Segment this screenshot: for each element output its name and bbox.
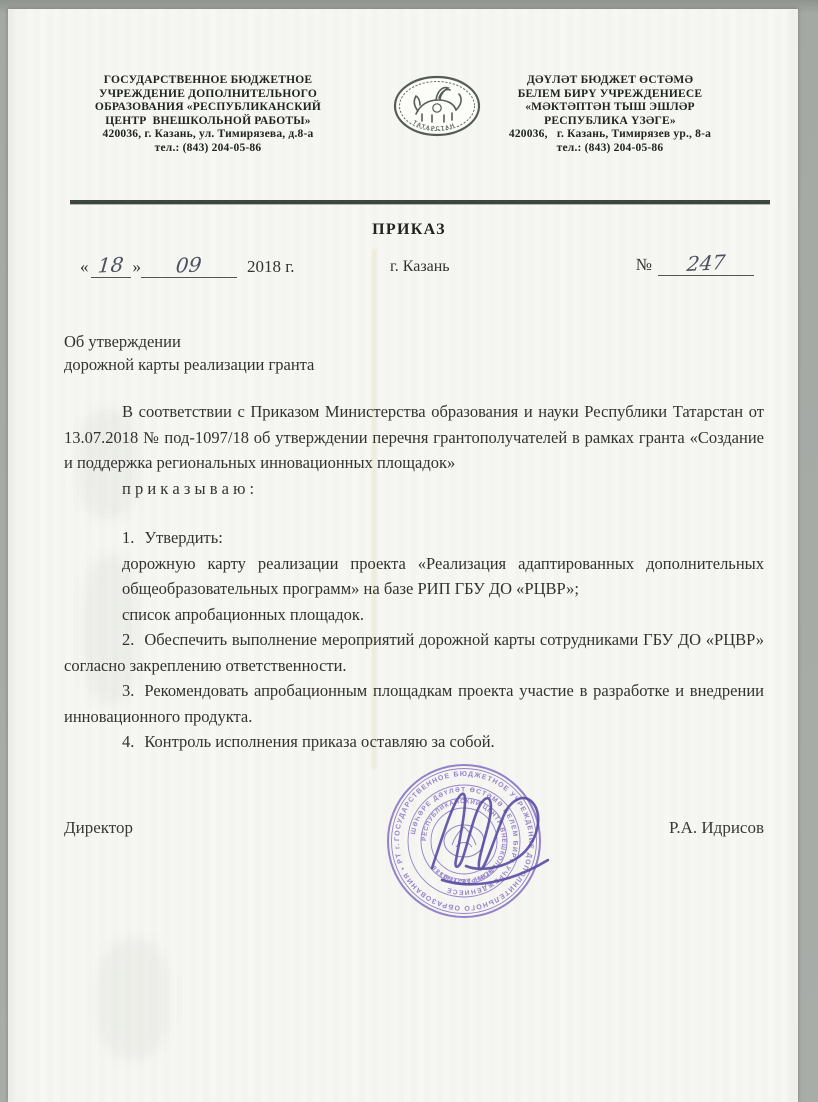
handwritten-day: 18 xyxy=(97,255,124,274)
signer-role: Директор xyxy=(64,815,133,841)
director-signature-ink xyxy=(402,768,572,908)
order-subject: Об утверждении дорожной карты реализации… xyxy=(64,330,764,376)
item-number: 2. xyxy=(122,630,134,649)
org-line: ОБРАЗОВАНИЯ «РЕСПУБЛИКАНСКИЙ xyxy=(52,101,364,115)
org-line: ГОСУДАРСТВЕННОЕ БЮДЖЕТНОЕ xyxy=(52,74,364,88)
number-sign: № xyxy=(636,255,652,274)
org-name-russian: ГОСУДАРСТВЕННОЕ БЮДЖЕТНОЕ УЧРЕЖДЕНИЕ ДОП… xyxy=(52,74,364,156)
org-line: «МӘКТӘПТӘН ТЫШ ЭШЛӘР xyxy=(454,101,766,115)
year-label: 2018 г. xyxy=(247,257,295,276)
document-title: ПРИКАЗ xyxy=(0,221,818,239)
item-text: Контроль исполнения приказа оставляю за … xyxy=(144,732,494,751)
org-address: 420036, г. Казань, ул. Тимирязева, д.8-а xyxy=(52,128,364,142)
item-text: Обеспечить выполнение мероприятий дорожн… xyxy=(64,630,764,675)
item-number: 1. xyxy=(122,528,134,547)
org-line: ЦЕНТР ВНЕШКОЛЬНОЙ РАБОТЫ» xyxy=(52,115,364,129)
handwritten-order-number: 247 xyxy=(686,253,726,273)
quote-close: » xyxy=(133,257,142,276)
scan-blotch xyxy=(98,939,168,1059)
city-label: г. Казань xyxy=(390,258,450,276)
subject-line: Об утверждении xyxy=(64,330,764,353)
tatarstan-emblem-icon: ТАТАРСТАН xyxy=(392,74,482,140)
item-number: 4. xyxy=(122,732,134,751)
item-subline: список апробационных площадок. xyxy=(122,602,764,628)
order-item-1-details: дорожную карту реализации проекта «Реали… xyxy=(122,551,764,628)
quote-open: « xyxy=(80,257,89,276)
org-name-tatar: ДӘҮЛӘТ БЮДЖЕТ ӨСТӘМӘ БЕЛЕМ БИРҮ УЧРЕЖДЕН… xyxy=(454,74,766,156)
org-line: БЕЛЕМ БИРҮ УЧРЕЖДЕНИЕСЕ xyxy=(454,88,766,102)
order-item-1: 1.Утвердить: xyxy=(64,525,764,551)
org-address: 420036, г. Казань, Тимирязев ур., 8-а xyxy=(454,128,766,142)
header-divider-rule xyxy=(70,200,770,204)
item-number: 3. xyxy=(122,681,134,700)
subject-line: дорожной карты реализации гранта xyxy=(64,353,764,376)
order-number-field: №247 xyxy=(636,254,754,276)
org-phone: тел.: (843) 204-05-86 xyxy=(52,142,364,156)
prikazyvayu-line: п р и к а з ы в а ю : xyxy=(64,476,764,502)
intro-paragraph: В соответствии с Приказом Министерства о… xyxy=(64,399,764,476)
org-line: ДӘҮЛӘТ БЮДЖЕТ ӨСТӘМӘ xyxy=(454,74,766,88)
handwritten-month: 09 xyxy=(175,255,202,274)
date-line: «18»092018 г. г. Казань №247 xyxy=(72,252,766,286)
order-item-3: 3.Рекомендовать апробационным площадкам … xyxy=(64,678,764,729)
item-text: Рекомендовать апробационным площадкам пр… xyxy=(64,681,764,726)
org-line: УЧРЕЖДЕНИЕ ДОПОЛНИТЕЛЬНОГО xyxy=(52,88,364,102)
org-phone: тел.: (843) 204-05-86 xyxy=(454,142,766,156)
item-subline: дорожную карту реализации проекта «Реали… xyxy=(122,551,764,602)
item-text: Утвердить: xyxy=(144,528,223,547)
org-line: РЕСПУБЛИКА ҮЗӘГЕ» xyxy=(454,115,766,129)
scanned-order-document: { "doc": { "header": { "left_org": { "li… xyxy=(0,0,818,1102)
order-item-4: 4.Контроль исполнения приказа оставляю з… xyxy=(64,729,764,755)
signer-name: Р.А. Идрисов xyxy=(669,815,764,841)
date-field: «18»092018 г. xyxy=(80,256,295,278)
order-item-2: 2.Обеспечить выполнение мероприятий доро… xyxy=(64,627,764,678)
